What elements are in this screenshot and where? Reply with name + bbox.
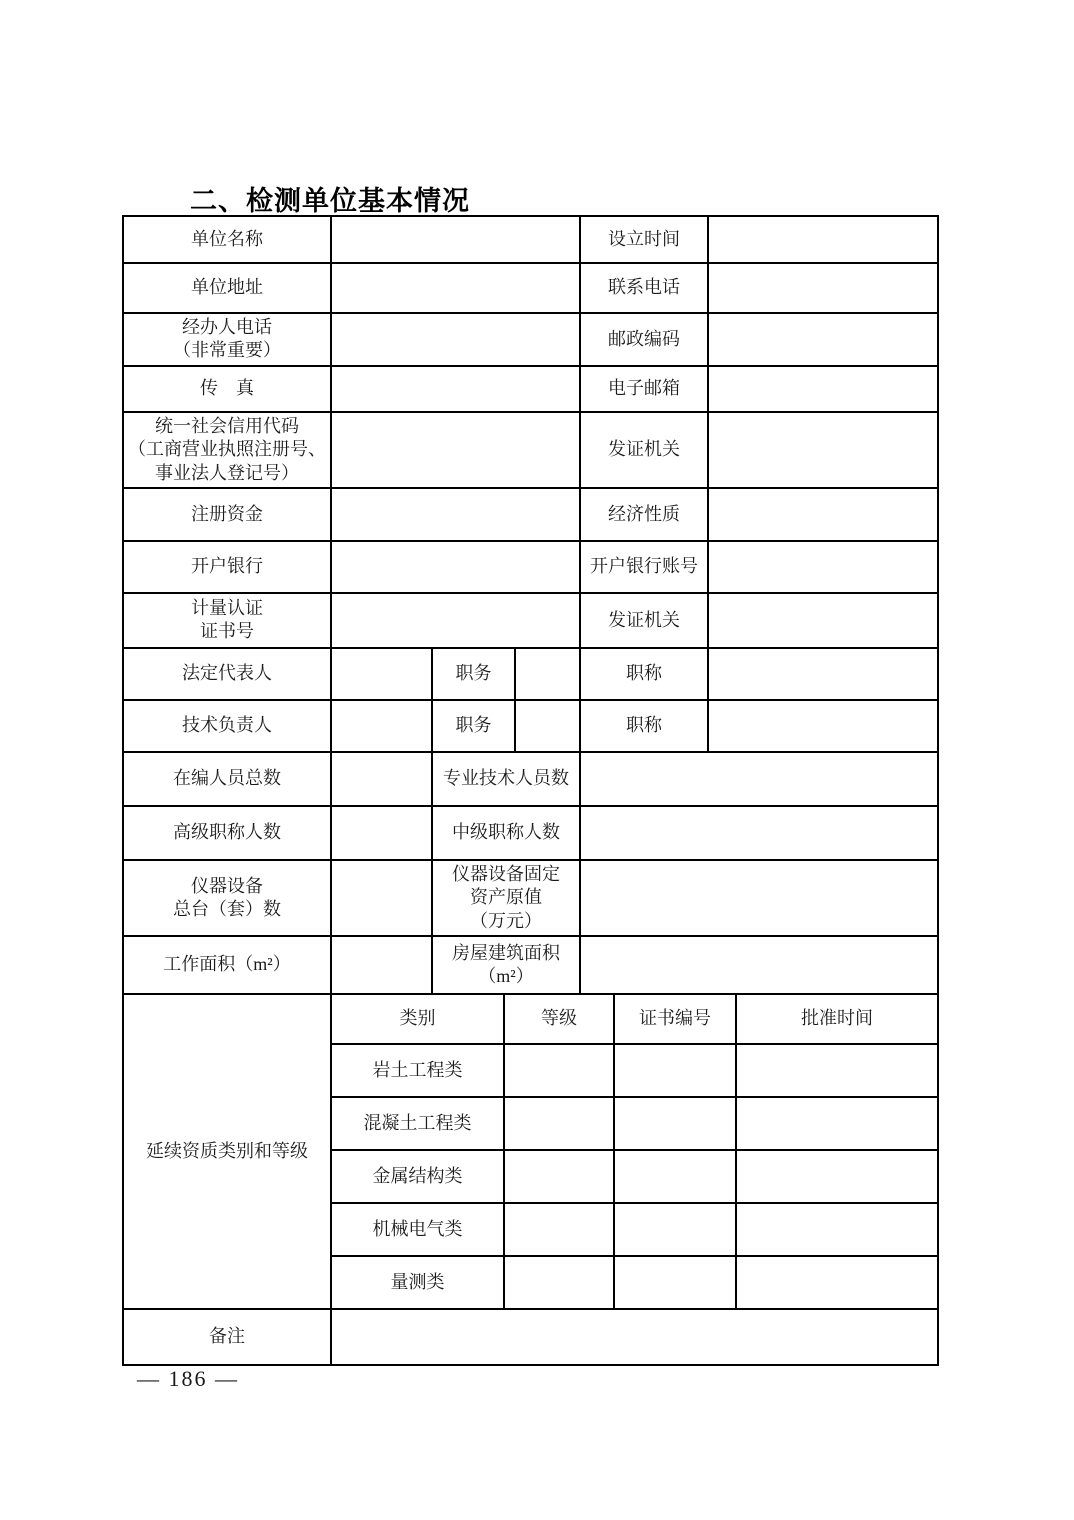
metrology-issuing-authority-value-cell	[708, 593, 938, 648]
concrete-approval-cell	[736, 1097, 938, 1150]
label-tech-director-title: 职称	[580, 700, 708, 752]
section-title: 二、检测单位基本情况	[190, 179, 470, 218]
concrete-grade-cell	[504, 1097, 614, 1150]
label-senior-title-count: 高级职称人数	[123, 806, 331, 860]
label-equipment-count: 仪器设备 总台（套）数	[123, 860, 331, 936]
label-credit-code: 统一社会信用代码 （工商营业执照注册号、 事业法人登记号）	[123, 412, 331, 488]
staff-total-value-cell	[331, 752, 432, 806]
qual-category-concrete: 混凝土工程类	[331, 1097, 504, 1150]
unit-address-value-cell	[331, 263, 580, 313]
label-bank-account: 开户银行账号	[580, 541, 708, 593]
work-area-value-cell	[331, 936, 432, 994]
establish-date-value-cell	[708, 216, 938, 263]
legal-rep-position-value-cell	[515, 648, 580, 700]
label-issuing-authority: 发证机关	[580, 412, 708, 488]
unit-name-value-cell	[331, 216, 580, 263]
agent-phone-value-cell	[331, 313, 580, 366]
measurement-certificate-cell	[614, 1256, 736, 1309]
label-legal-rep-position: 职务	[432, 648, 515, 700]
mid-title-count-value-cell	[580, 806, 938, 860]
registered-capital-value-cell	[331, 488, 580, 541]
label-legal-representative: 法定代表人	[123, 648, 331, 700]
contact-phone-value-cell	[708, 263, 938, 313]
geotech-approval-cell	[736, 1044, 938, 1097]
qual-header-category: 类别	[331, 994, 504, 1044]
label-registered-capital: 注册资金	[123, 488, 331, 541]
label-work-area: 工作面积（m²）	[123, 936, 331, 994]
equipment-value-value-cell	[580, 860, 938, 936]
label-economic-nature: 经济性质	[580, 488, 708, 541]
legal-representative-name-cell	[331, 648, 432, 700]
label-qualification-section: 延续资质类别和等级	[123, 994, 331, 1309]
metal-structure-certificate-cell	[614, 1150, 736, 1203]
qual-header-certificate-no: 证书编号	[614, 994, 736, 1044]
credit-code-value-cell	[331, 412, 580, 488]
remarks-value-cell	[331, 1309, 938, 1365]
label-legal-rep-title: 职称	[580, 648, 708, 700]
label-equipment-value: 仪器设备固定 资产原值 （万元）	[432, 860, 580, 936]
page-number: — 186 —	[137, 1366, 239, 1392]
label-postal-code: 邮政编码	[580, 313, 708, 366]
measurement-approval-cell	[736, 1256, 938, 1309]
label-tech-director-position: 职务	[432, 700, 515, 752]
label-unit-address: 单位地址	[123, 263, 331, 313]
issuing-authority-value-cell	[708, 412, 938, 488]
concrete-certificate-cell	[614, 1097, 736, 1150]
professional-count-value-cell	[580, 752, 938, 806]
label-establish-date: 设立时间	[580, 216, 708, 263]
building-area-value-cell	[580, 936, 938, 994]
label-email: 电子邮箱	[580, 366, 708, 412]
economic-nature-value-cell	[708, 488, 938, 541]
mechanical-electrical-certificate-cell	[614, 1203, 736, 1256]
label-staff-total: 在编人员总数	[123, 752, 331, 806]
label-remarks: 备注	[123, 1309, 331, 1365]
fax-value-cell	[331, 366, 580, 412]
label-building-area: 房屋建筑面积 （m²）	[432, 936, 580, 994]
label-mid-title-count: 中级职称人数	[432, 806, 580, 860]
label-technical-director: 技术负责人	[123, 700, 331, 752]
qual-category-measurement: 量测类	[331, 1256, 504, 1309]
metal-structure-grade-cell	[504, 1150, 614, 1203]
label-bank: 开户银行	[123, 541, 331, 593]
metrology-cert-value-cell	[331, 593, 580, 648]
label-metrology-cert: 计量认证 证书号	[123, 593, 331, 648]
qual-header-approval-date: 批准时间	[736, 994, 938, 1044]
bank-value-cell	[331, 541, 580, 593]
label-professional-count: 专业技术人员数	[432, 752, 580, 806]
label-unit-name: 单位名称	[123, 216, 331, 263]
basic-info-table: 单位名称 设立时间 单位地址 联系电话 经办人电话 （非常重要） 邮政编码 传 …	[122, 215, 939, 1366]
legal-rep-title-value-cell	[708, 648, 938, 700]
geotech-certificate-cell	[614, 1044, 736, 1097]
mechanical-electrical-grade-cell	[504, 1203, 614, 1256]
geotech-grade-cell	[504, 1044, 614, 1097]
senior-title-count-value-cell	[331, 806, 432, 860]
label-agent-phone: 经办人电话 （非常重要）	[123, 313, 331, 366]
technical-director-name-cell	[331, 700, 432, 752]
mechanical-electrical-approval-cell	[736, 1203, 938, 1256]
qual-category-metal-structure: 金属结构类	[331, 1150, 504, 1203]
qual-header-grade: 等级	[504, 994, 614, 1044]
tech-director-title-value-cell	[708, 700, 938, 752]
label-contact-phone: 联系电话	[580, 263, 708, 313]
document-page: 二、检测单位基本情况 单位名称 设立时间 单位地址 联系电话 经办人电话 （非常…	[0, 0, 1074, 1520]
qual-category-geotech: 岩土工程类	[331, 1044, 504, 1097]
label-fax: 传 真	[123, 366, 331, 412]
label-metrology-issuing-authority: 发证机关	[580, 593, 708, 648]
email-value-cell	[708, 366, 938, 412]
equipment-count-value-cell	[331, 860, 432, 936]
bank-account-value-cell	[708, 541, 938, 593]
qual-category-mechanical-electrical: 机械电气类	[331, 1203, 504, 1256]
metal-structure-approval-cell	[736, 1150, 938, 1203]
measurement-grade-cell	[504, 1256, 614, 1309]
tech-director-position-value-cell	[515, 700, 580, 752]
postal-code-value-cell	[708, 313, 938, 366]
